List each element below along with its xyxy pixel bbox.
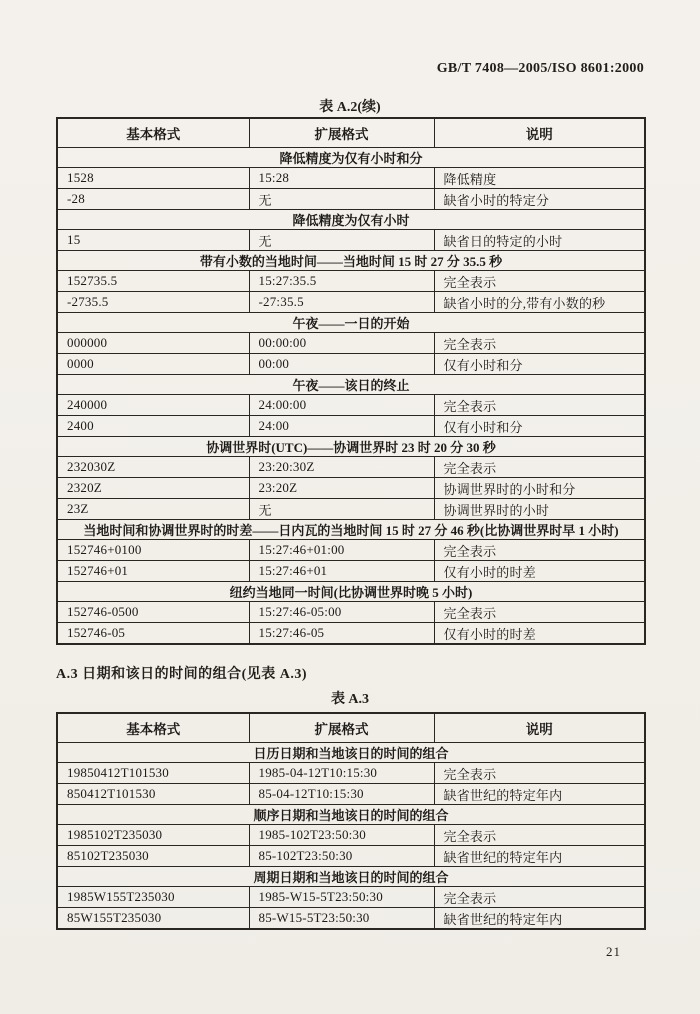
table-row: 152735.515:27:35.5完全表示 xyxy=(57,271,645,292)
extended-format-cell: 85-W15-5T23:50:30 xyxy=(249,908,434,930)
table-a2-continued: 基本格式扩展格式说明降低精度为仅有小时和分152815:28降低精度-28无缺省… xyxy=(56,117,646,645)
description-cell: 完全表示 xyxy=(434,825,645,846)
description-cell: 完全表示 xyxy=(434,457,645,478)
basic-format-cell: 1528 xyxy=(57,168,249,189)
extended-format-cell: 24:00 xyxy=(249,416,434,437)
basic-format-cell: 152746-0500 xyxy=(57,602,249,623)
section-span-cell: 日历日期和当地该日的时间的组合 xyxy=(57,743,645,763)
basic-format-cell: 85W155T235030 xyxy=(57,908,249,930)
table-row: -28无缺省小时的特定分 xyxy=(57,189,645,210)
extended-format-cell: 24:00:00 xyxy=(249,395,434,416)
header-row: 基本格式扩展格式说明 xyxy=(57,118,645,148)
section-span-cell: 降低精度为仅有小时和分 xyxy=(57,148,645,168)
section-span-row: 降低精度为仅有小时和分 xyxy=(57,148,645,168)
extended-format-cell: 85-102T23:50:30 xyxy=(249,846,434,867)
section-span-row: 周期日期和当地该日的时间的组合 xyxy=(57,867,645,887)
description-cell: 仅有小时和分 xyxy=(434,354,645,375)
section-span-row: 顺序日期和当地该日的时间的组合 xyxy=(57,805,645,825)
description-cell: 缺省世纪的特定年内 xyxy=(434,784,645,805)
extended-format-cell: 1985-04-12T10:15:30 xyxy=(249,763,434,784)
extended-format-cell: 23:20:30Z xyxy=(249,457,434,478)
table-row: 24000024:00:00完全表示 xyxy=(57,395,645,416)
description-cell: 缺省小时的特定分 xyxy=(434,189,645,210)
basic-format-cell: 19850412T101530 xyxy=(57,763,249,784)
table-row: 00000000:00:00完全表示 xyxy=(57,333,645,354)
table-row: 2320Z23:20Z协调世界时的小时和分 xyxy=(57,478,645,499)
page-number: 21 xyxy=(606,944,621,960)
table-row: 152746-050015:27:46-05:00完全表示 xyxy=(57,602,645,623)
extended-format-cell: 1985-102T23:50:30 xyxy=(249,825,434,846)
description-cell: 完全表示 xyxy=(434,333,645,354)
description-cell: 仅有小时的时差 xyxy=(434,561,645,582)
table-row: 850412T10153085-04-12T10:15:30缺省世纪的特定年内 xyxy=(57,784,645,805)
extended-format-cell: 无 xyxy=(249,189,434,210)
basic-format-cell: 15 xyxy=(57,230,249,251)
section-span-row: 带有小数的当地时间——当地时间 15 时 27 分 35.5 秒 xyxy=(57,251,645,271)
section-span-cell: 顺序日期和当地该日的时间的组合 xyxy=(57,805,645,825)
table-row: 15无缺省日的特定的小时 xyxy=(57,230,645,251)
section-span-cell: 周期日期和当地该日的时间的组合 xyxy=(57,867,645,887)
table-row: 19850412T1015301985-04-12T10:15:30完全表示 xyxy=(57,763,645,784)
basic-format-cell: 000000 xyxy=(57,333,249,354)
table-row: 85W155T23503085-W15-5T23:50:30缺省世纪的特定年内 xyxy=(57,908,645,930)
basic-format-cell: 232030Z xyxy=(57,457,249,478)
description-cell: 完全表示 xyxy=(434,540,645,561)
description-cell: 仅有小时和分 xyxy=(434,416,645,437)
basic-format-cell: 152746+01 xyxy=(57,561,249,582)
table-a2-caption: 表 A.2(续) xyxy=(56,96,644,116)
extended-format-cell: -27:35.5 xyxy=(249,292,434,313)
basic-format-cell: 0000 xyxy=(57,354,249,375)
description-cell: 缺省世纪的特定年内 xyxy=(434,908,645,930)
extended-format-cell: 1985-W15-5T23:50:30 xyxy=(249,887,434,908)
description-cell: 降低精度 xyxy=(434,168,645,189)
basic-format-cell: 850412T101530 xyxy=(57,784,249,805)
extended-format-cell: 15:27:46-05 xyxy=(249,623,434,645)
section-span-row: 午夜——一日的开始 xyxy=(57,313,645,333)
column-header: 基本格式 xyxy=(57,713,249,743)
description-cell: 完全表示 xyxy=(434,887,645,908)
table-row: 1985W155T2350301985-W15-5T23:50:30完全表示 xyxy=(57,887,645,908)
table-row: 152746+0115:27:46+01仅有小时的时差 xyxy=(57,561,645,582)
table-row: 1985102T2350301985-102T23:50:30完全表示 xyxy=(57,825,645,846)
section-span-row: 当地时间和协调世界时的时差——日内瓦的当地时间 15 时 27 分 46 秒(比… xyxy=(57,520,645,540)
extended-format-cell: 85-04-12T10:15:30 xyxy=(249,784,434,805)
description-cell: 协调世界时的小时和分 xyxy=(434,478,645,499)
section-span-cell: 带有小数的当地时间——当地时间 15 时 27 分 35.5 秒 xyxy=(57,251,645,271)
extended-format-cell: 无 xyxy=(249,230,434,251)
basic-format-cell: 152746+0100 xyxy=(57,540,249,561)
section-span-row: 纽约当地同一时间(比协调世界时晚 5 小时) xyxy=(57,582,645,602)
description-cell: 缺省世纪的特定年内 xyxy=(434,846,645,867)
column-header: 基本格式 xyxy=(57,118,249,148)
column-header: 扩展格式 xyxy=(249,713,434,743)
table-row: 152746+010015:27:46+01:00完全表示 xyxy=(57,540,645,561)
section-span-row: 午夜——该日的终止 xyxy=(57,375,645,395)
extended-format-cell: 15:27:35.5 xyxy=(249,271,434,292)
description-cell: 缺省小时的分,带有小数的秒 xyxy=(434,292,645,313)
column-header: 扩展格式 xyxy=(249,118,434,148)
table-row: 23Z无协调世界时的小时 xyxy=(57,499,645,520)
section-span-cell: 午夜——一日的开始 xyxy=(57,313,645,333)
section-a3-heading: A.3 日期和该日的时间的组合(见表 A.3) xyxy=(56,663,307,683)
basic-format-cell: 1985102T235030 xyxy=(57,825,249,846)
section-span-row: 协调世界时(UTC)——协调世界时 23 时 20 分 30 秒 xyxy=(57,437,645,457)
section-span-row: 日历日期和当地该日的时间的组合 xyxy=(57,743,645,763)
section-span-cell: 纽约当地同一时间(比协调世界时晚 5 小时) xyxy=(57,582,645,602)
table-row: 152815:28降低精度 xyxy=(57,168,645,189)
extended-format-cell: 无 xyxy=(249,499,434,520)
table-row: -2735.5-27:35.5缺省小时的分,带有小数的秒 xyxy=(57,292,645,313)
extended-format-cell: 15:27:46-05:00 xyxy=(249,602,434,623)
description-cell: 完全表示 xyxy=(434,763,645,784)
scanned-document-page: GB/T 7408—2005/ISO 8601:2000 表 A.2(续) 基本… xyxy=(0,0,700,1014)
description-cell: 协调世界时的小时 xyxy=(434,499,645,520)
basic-format-cell: -28 xyxy=(57,189,249,210)
basic-format-cell: 2400 xyxy=(57,416,249,437)
description-cell: 完全表示 xyxy=(434,602,645,623)
extended-format-cell: 15:28 xyxy=(249,168,434,189)
basic-format-cell: 152735.5 xyxy=(57,271,249,292)
table-row: 232030Z23:20:30Z完全表示 xyxy=(57,457,645,478)
section-span-cell: 当地时间和协调世界时的时差——日内瓦的当地时间 15 时 27 分 46 秒(比… xyxy=(57,520,645,540)
table-row: 000000:00仅有小时和分 xyxy=(57,354,645,375)
description-cell: 缺省日的特定的小时 xyxy=(434,230,645,251)
basic-format-cell: 240000 xyxy=(57,395,249,416)
table-row: 85102T23503085-102T23:50:30缺省世纪的特定年内 xyxy=(57,846,645,867)
extended-format-cell: 15:27:46+01:00 xyxy=(249,540,434,561)
table-a3: 基本格式扩展格式说明日历日期和当地该日的时间的组合19850412T101530… xyxy=(56,712,646,930)
table-row: 240024:00仅有小时和分 xyxy=(57,416,645,437)
basic-format-cell: 23Z xyxy=(57,499,249,520)
column-header: 说明 xyxy=(434,118,645,148)
section-span-cell: 协调世界时(UTC)——协调世界时 23 时 20 分 30 秒 xyxy=(57,437,645,457)
extended-format-cell: 23:20Z xyxy=(249,478,434,499)
description-cell: 完全表示 xyxy=(434,271,645,292)
extended-format-cell: 15:27:46+01 xyxy=(249,561,434,582)
section-span-cell: 降低精度为仅有小时 xyxy=(57,210,645,230)
standard-code-header: GB/T 7408—2005/ISO 8601:2000 xyxy=(56,61,644,77)
extended-format-cell: 00:00:00 xyxy=(249,333,434,354)
column-header: 说明 xyxy=(434,713,645,743)
basic-format-cell: 2320Z xyxy=(57,478,249,499)
section-span-row: 降低精度为仅有小时 xyxy=(57,210,645,230)
table-row: 152746-0515:27:46-05仅有小时的时差 xyxy=(57,623,645,645)
header-row: 基本格式扩展格式说明 xyxy=(57,713,645,743)
basic-format-cell: -2735.5 xyxy=(57,292,249,313)
section-span-cell: 午夜——该日的终止 xyxy=(57,375,645,395)
extended-format-cell: 00:00 xyxy=(249,354,434,375)
description-cell: 完全表示 xyxy=(434,395,645,416)
table-a3-caption: 表 A.3 xyxy=(56,688,644,708)
basic-format-cell: 152746-05 xyxy=(57,623,249,645)
basic-format-cell: 85102T235030 xyxy=(57,846,249,867)
basic-format-cell: 1985W155T235030 xyxy=(57,887,249,908)
description-cell: 仅有小时的时差 xyxy=(434,623,645,645)
